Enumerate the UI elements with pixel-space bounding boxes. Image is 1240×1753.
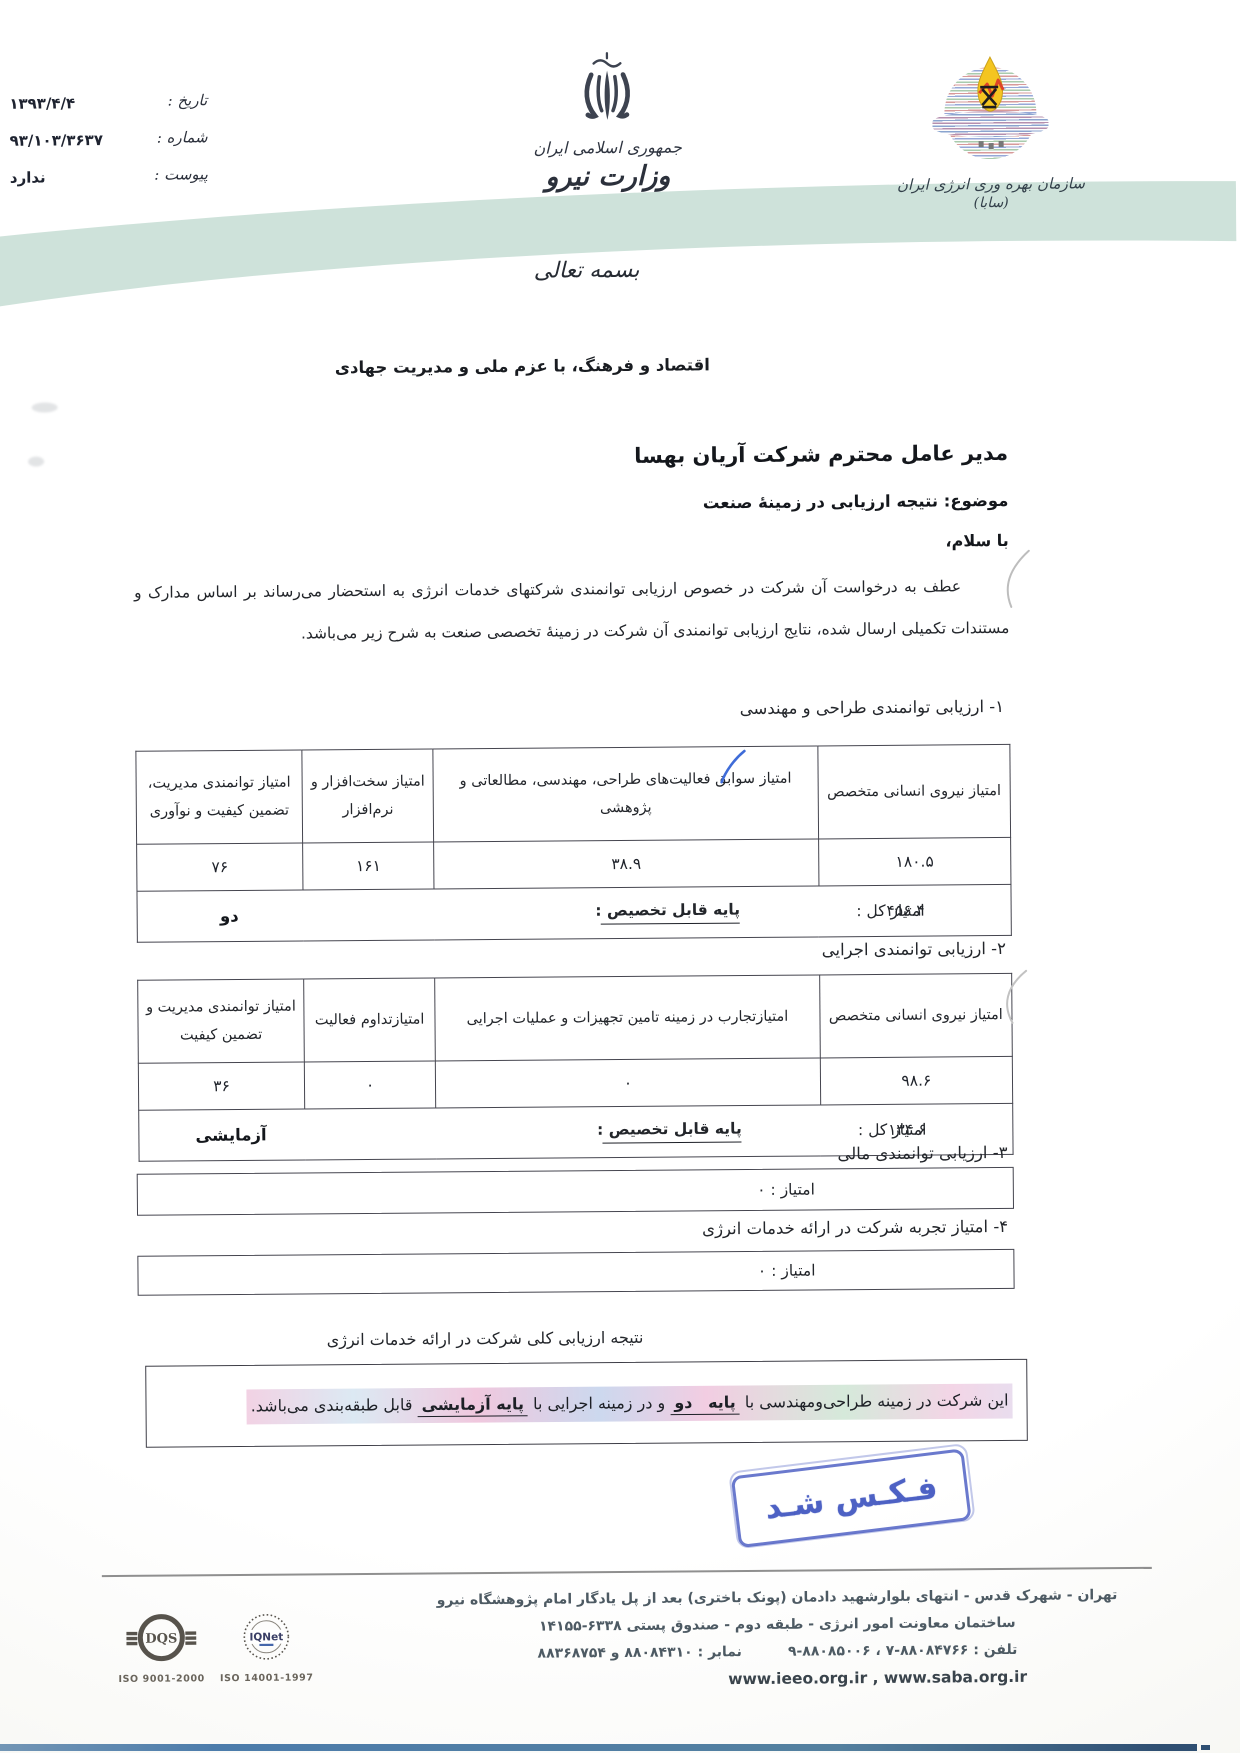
footer-block: تهران - شهرک قدس - انتهای بلوارشهید دادم… [307,1581,1240,1696]
score-cell: ۱۸۰.۵ [818,837,1011,886]
table-header-row: امتیاز نیروی انسانی متخصص امتیاز سوابق ف… [136,744,1011,844]
meta-attachment-row: پیوست : ندارد [8,161,208,200]
table-header-row: امتیاز نیروی انسانی متخصص امتیازتجارب در… [138,973,1013,1063]
subject-line: موضوع: نتیجه ارزیابی در زمینهٔ صنعت [133,491,1008,517]
body-paragraph: عطف به درخواست آن شرکت در خصوص ارزیابی ت… [134,565,1010,656]
ministry-header: جمهوری اسلامی ایران وزارت نیرو [507,51,708,193]
recipient-title: مدیر عامل محترم شرکت آریان بهسا [133,441,1008,472]
score-cell: ۰ [435,1058,820,1108]
header-cell: امتیاز توانمندی مدیریت، تضمین کیفیت و نو… [136,750,303,844]
letter-meta-block: تاریخ : ۱۳۹۳/۴/۴ شماره : ۹۳/۱۰۳/۳۶۳۷ پیو… [7,87,208,200]
score-cell: ۳۶ [138,1062,304,1110]
svg-text:DQS: DQS [145,1632,177,1647]
financial-score-box: امتیاز : ۰ [137,1167,1014,1216]
attachment-value: ندارد [10,168,46,186]
date-label: تاریخ : [168,91,208,109]
footer-divider [102,1567,1152,1577]
financial-score: امتیاز : ۰ [757,1180,815,1198]
table-value-row: ۱۸۰.۵ ۳۸.۹ ۱۶۱ ۷۶ [137,837,1011,891]
section-1-heading: ۱- ارزیابی توانمندی طراحی و مهندسی [129,697,1010,723]
header-cell: امتیاز نیروی انسانی متخصص [818,744,1011,839]
scanned-letter-page: تاریخ : ۱۳۹۳/۴/۴ شماره : ۹۳/۱۰۳/۳۶۳۷ پیو… [0,0,1240,1753]
number-value: ۹۳/۱۰۳/۳۶۳۷ [10,131,103,150]
score-cell: ۱۶۱ [303,842,434,890]
dqs-iso-logo-icon: DQS [126,1609,196,1668]
result-sentence: این شرکت در زمینه طراحی‌ومهندسی با پایه … [158,1390,1012,1416]
bottom-scan-bar [0,1744,1197,1751]
year-slogan: اقتصاد و فرهنگ، با عزم ملی و مدیریت جهاد… [322,355,722,377]
score-cell: ۹۸.۶ [820,1056,1013,1105]
header-cell: امتیاز نیروی انسانی متخصص [819,973,1012,1058]
section-4-heading: ۴- امتیاز تجربه شرکت در ارائه خدمات انرژ… [133,1217,1014,1243]
republic-title: جمهوری اسلامی ایران [508,137,708,158]
saba-org-name: سازمان بهره وری انرژی ایران [876,174,1106,194]
saba-logo-icon [930,53,1051,172]
scan-smudge [32,402,58,412]
meta-date-row: تاریخ : ۱۳۹۳/۴/۴ [7,87,207,126]
grade-value: آزمایشی [157,1125,306,1145]
header-cell: امتیاز سخت‌افزار و نرم‌افزار [302,749,434,843]
result-box: این شرکت در زمینه طراحی‌ومهندسی با پایه … [145,1359,1028,1448]
result-heading: نتیجه ارزیابی کلی شرکت در ارائه خدمات ان… [305,1328,665,1350]
iqnet-logo-icon: IQNet [231,1609,301,1668]
ministry-title: وزارت نیرو [508,160,708,193]
header-cell: امتیاز سوابق فعالیت‌های طراحی، مهندسی، م… [433,746,818,842]
header-cell: امتیاز توانمندی مدیریت و تضمین کیفیت [138,979,305,1063]
saba-org-header: سازمان بهره وری انرژی ایران (سابا) [875,52,1106,212]
score-cell: ۳۸.۹ [434,839,819,889]
grade-value: دو [155,906,304,926]
attachment-label: پیوست : [154,165,208,183]
grade-label: پایه قابل تخصیص : [600,901,740,925]
section-2-heading: ۲- ارزیابی توانمندی اجرایی [131,939,1012,965]
fax-stamp: فـکـس شـد [731,1448,972,1548]
iran-national-emblem-icon [576,52,639,126]
saba-org-abbr: (سابا) [876,194,1106,212]
table-value-row: ۹۸.۶ ۰ ۰ ۳۶ [138,1056,1012,1110]
iso-14001-caption: ISO 14001-1997 [217,1672,317,1684]
header-cell: امتیازتجارب در زمینه تامین تجهیزات و عمل… [435,975,820,1061]
design-capability-table: امتیاز نیروی انسانی متخصص امتیاز سوابق ف… [135,744,1011,943]
bismillah-calligraphy: بسمه تعالی [477,257,697,284]
scan-smudge [28,457,44,467]
iso-9001-caption: ISO 9001-2000 [112,1673,212,1685]
salutation: با سلام، [134,531,1009,557]
certification-logos: DQS ISO 9001-2000 IQNet ISO 14001-1997 [111,1608,332,1685]
score-cell: ۷۶ [137,843,303,891]
experience-score: امتیاز : ۰ [758,1261,816,1279]
experience-score-box: امتیاز : ۰ [137,1249,1014,1296]
footer-fax: نمابر : ۸۸۰۸۴۳۱۰ و ۸۸۳۶۸۷۵۴ [537,1644,742,1662]
meta-number-row: شماره : ۹۳/۱۰۳/۳۶۳۷ [7,124,207,163]
execution-capability-table: امتیاز نیروی انسانی متخصص امتیازتجارب در… [137,973,1013,1162]
score-cell: ۰ [304,1061,435,1109]
execution-grade-emphasis: پایه آزمایشی [417,1394,528,1417]
date-value: ۱۳۹۳/۴/۴ [9,94,75,113]
header-cell: امتیازتداوم فعالیت [304,978,436,1062]
design-grade-emphasis: پایه دو [670,1393,740,1416]
number-label: شماره : [157,128,208,146]
fax-stamp-text: فـکـس شـد [763,1470,939,1527]
table-total-row: امتیاز کل : ۴۵۶.۴ پایه قابل تخصیص : دو [137,884,1011,942]
grade-label: پایه قابل تخصیص : [602,1120,742,1144]
svg-text:IQNet: IQNet [250,1631,284,1643]
bottom-scan-bar-end [1201,1745,1210,1750]
footer-phone: تلفن : ۸۸۰۸۴۷۶۶-۷ ، ۸۸۰۸۵۰۰۶-۹ [788,1642,1018,1660]
